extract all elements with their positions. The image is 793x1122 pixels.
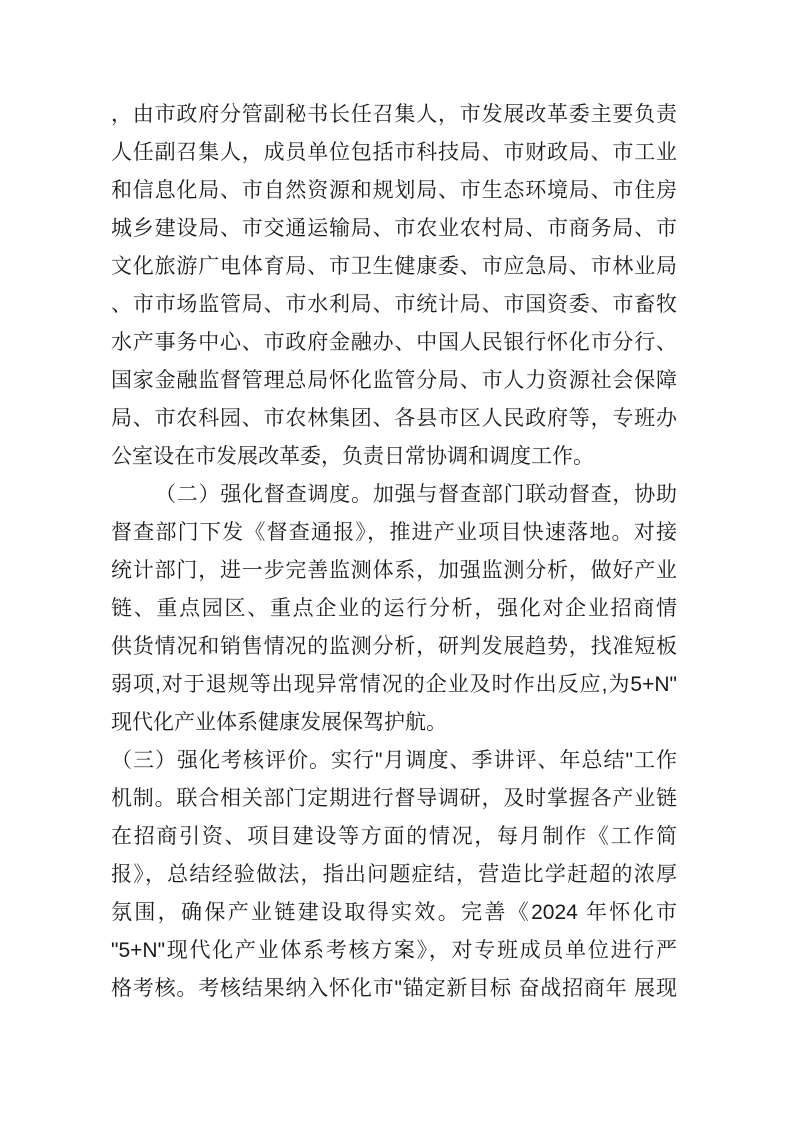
text-line: 现代化产业体系健康发展保驾护航。: [111, 704, 677, 742]
text-line: 供货情况和销售情况的监测分析，研判发展趋势，找准短板: [111, 628, 677, 666]
text-line: 链、重点园区、重点企业的运行分析，强化对企业招商情况、: [111, 590, 677, 628]
text-line: 城乡建设局、市交通运输局、市农业农村局、市商务局、市: [111, 210, 677, 248]
text-line: 氛围，确保产业链建设取得实效。完善《2024 年怀化市: [111, 894, 677, 932]
text-line-section-3-heading: （三）强化考核评价。实行"月调度、季讲评、年总结"工作: [111, 742, 677, 780]
text-line: 弱项,对于退规等出现异常情况的企业及时作出反应,为5+N": [111, 666, 677, 704]
text-line: 督查部门下发《督查通报》，推进产业项目快速落地。对接: [111, 514, 677, 552]
text-line: 局、市农科园、市农林集团、各县市区人民政府等，专班办: [111, 400, 677, 438]
text-line: 公室设在市发展改革委，负责日常协调和调度工作。: [111, 438, 677, 476]
text-line: 、市市场监管局、市水利局、市统计局、市国资委、市畜牧: [111, 286, 677, 324]
document-page: ，由市政府分管副秘书长任召集人，市发展改革委主要负责 人任副召集人，成员单位包括…: [0, 0, 793, 1122]
document-text-block: ，由市政府分管副秘书长任召集人，市发展改革委主要负责 人任副召集人，成员单位包括…: [111, 96, 677, 1008]
text-line: 人任副召集人，成员单位包括市科技局、市财政局、市工业: [111, 134, 677, 172]
paragraph-section-3: （三）强化考核评价。实行"月调度、季讲评、年总结"工作 机制。联合相关部门定期进…: [111, 742, 677, 1008]
text-line: 国家金融监督管理总局怀化监管分局、市人力资源社会保障: [111, 362, 677, 400]
text-line: 格考核。考核结果纳入怀化市"锚定新目标 奋战招商年 展现: [111, 970, 677, 1008]
text-line: 文化旅游广电体育局、市卫生健康委、市应急局、市林业局: [111, 248, 677, 286]
text-line: 机制。联合相关部门定期进行督导调研，及时掌握各产业链: [111, 780, 677, 818]
paragraph-section-2: （二）强化督查调度。加强与督查部门联动督查，协助 督查部门下发《督查通报》，推进…: [111, 476, 677, 742]
text-line: 在招商引资、项目建设等方面的情况，每月制作《工作简: [111, 818, 677, 856]
text-line: ，由市政府分管副秘书长任召集人，市发展改革委主要负责: [111, 96, 677, 134]
text-line: 和信息化局、市自然资源和规划局、市生态环境局、市住房: [111, 172, 677, 210]
text-line-section-2-heading: （二）强化督查调度。加强与督查部门联动督查，协助: [111, 476, 677, 514]
paragraph-continuation: ，由市政府分管副秘书长任召集人，市发展改革委主要负责 人任副召集人，成员单位包括…: [111, 96, 677, 476]
text-line: 报》，总结经验做法，指出问题症结，营造比学赶超的浓厚: [111, 856, 677, 894]
text-line: 统计部门，进一步完善监测体系，加强监测分析，做好产业: [111, 552, 677, 590]
text-line: "5+N"现代化产业体系考核方案》，对专班成员单位进行严: [111, 932, 677, 970]
text-line: 水产事务中心、市政府金融办、中国人民银行怀化市分行、: [111, 324, 677, 362]
